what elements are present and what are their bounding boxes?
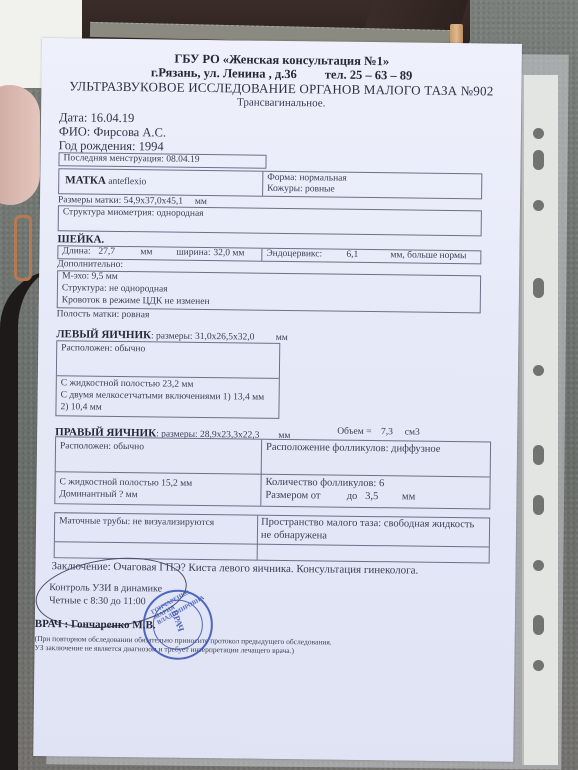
- ultrasound-report-page: ГБУ РО «Женская консультация №1» г.Рязан…: [33, 38, 522, 762]
- follicle-distribution: Расположение фолликулов: диффузное: [266, 442, 441, 455]
- m-echo: М-эхо: 9,5 мм: [62, 271, 118, 282]
- right-ovary-cavity: С жидкостной полостью 15,2 мм: [60, 477, 193, 489]
- follicle-count: Количество фолликулов: 6: [266, 477, 385, 489]
- clinic-phone: тел. 25 – 63 – 89: [325, 67, 413, 82]
- doctor-name: ВРАЧ : Гончаренко М.В.: [35, 618, 156, 631]
- additional-box: М-эхо: 9,5 мм Структура: не однородная К…: [57, 270, 481, 313]
- punch-hole: [533, 365, 544, 376]
- left-ovary-finding: 2) 10,4 мм: [60, 402, 101, 413]
- divider: [261, 249, 262, 261]
- divider: [262, 172, 263, 196]
- tubes-box: Маточные трубы: не визуализируются Прост…: [54, 512, 491, 563]
- left-ovary-finding: С двумя мелкосетчатыми включениями 1) 13…: [61, 390, 265, 402]
- right-ovary-box: Расположен: обычно Расположение фолликул…: [54, 436, 491, 509]
- endometrium-structure: Структура: не однородная: [62, 283, 168, 294]
- additional-title: Дополнительно:: [57, 259, 123, 270]
- hand: [0, 85, 40, 205]
- uterus-title: МАТКА: [65, 174, 106, 186]
- punch-hole: [533, 495, 544, 515]
- punch-hole: [533, 660, 544, 671]
- left-ovary-location: Расположен: обычно: [61, 343, 145, 354]
- cervix-title: ШЕЙКА.: [57, 233, 104, 246]
- right-ovary-location: Расположен: обычно: [60, 441, 144, 452]
- dominant-follicle: Доминантный ? мм: [59, 489, 137, 500]
- punch-hole: [533, 128, 544, 139]
- left-ovary-finding: С жидкостной полостью 23,2 мм: [61, 378, 194, 390]
- strap-ring: [14, 215, 32, 281]
- punch-hole: [533, 445, 544, 465]
- volume-label: Объем =: [337, 427, 371, 437]
- last-menstruation-box: Последняя менструация: 08.04.19: [58, 152, 266, 169]
- volume-unit: см3: [405, 427, 420, 437]
- punch-hole: [533, 615, 544, 635]
- fallopian-tubes: Маточные трубы: не визуализируются: [59, 516, 214, 528]
- left-ovary-size-unit: мм: [276, 333, 288, 343]
- blood-flow: Кровоток в режиме ЦДК не изменен: [62, 295, 210, 307]
- punch-hole: [533, 560, 544, 571]
- divider: [257, 516, 259, 560]
- follicle-size: Размером от до 3,5 мм: [265, 490, 415, 503]
- endocervix-note: мм, больше нормы: [390, 250, 466, 261]
- uterus-size-unit: мм: [195, 197, 207, 207]
- uterus-heading: МАТКА anteflexio: [65, 174, 146, 187]
- myometrium-box: Структура миометрия: однородная: [58, 205, 482, 236]
- volume-value: 7,3: [381, 427, 393, 437]
- cervix-width-label: ширина:: [176, 248, 210, 258]
- uterus-position: anteflexio: [108, 177, 146, 187]
- cervix-length-unit: мм: [140, 247, 152, 257]
- uterus-box: МАТКА anteflexio Форма: нормальная Кожур…: [58, 168, 482, 199]
- pelvic-space: Пространство малого таза: свободная жидк…: [261, 517, 474, 531]
- endocervix-label: Эндоцервикс:: [266, 249, 322, 260]
- myometrium-structure: Структура миометрия: однородная: [63, 207, 204, 219]
- punch-hole: [533, 278, 544, 298]
- pelvic-space-continued: не обнаружена: [261, 530, 327, 542]
- endocervix-value: 6,1: [346, 250, 358, 260]
- cervix-length-value: 27,7: [98, 247, 115, 257]
- cervix-length-label: Длина:: [62, 246, 90, 256]
- divider: [55, 541, 489, 547]
- left-ovary-box: Расположен: обычно С жидкостной полостью…: [55, 340, 280, 419]
- uterus-shape: Форма: нормальная: [267, 173, 347, 184]
- cervix-width-value: 32,0 мм: [213, 248, 244, 258]
- uterine-cavity: Полость матки: ровная: [57, 309, 150, 320]
- last-menstruation: Последняя менструация: 08.04.19: [63, 153, 199, 165]
- punch-hole: [533, 150, 544, 170]
- uterus-contours: Кожуры: ровные: [267, 184, 335, 195]
- punch-hole: [533, 200, 544, 211]
- right-ovary-volume: Объем = 7,3 см3: [337, 427, 420, 438]
